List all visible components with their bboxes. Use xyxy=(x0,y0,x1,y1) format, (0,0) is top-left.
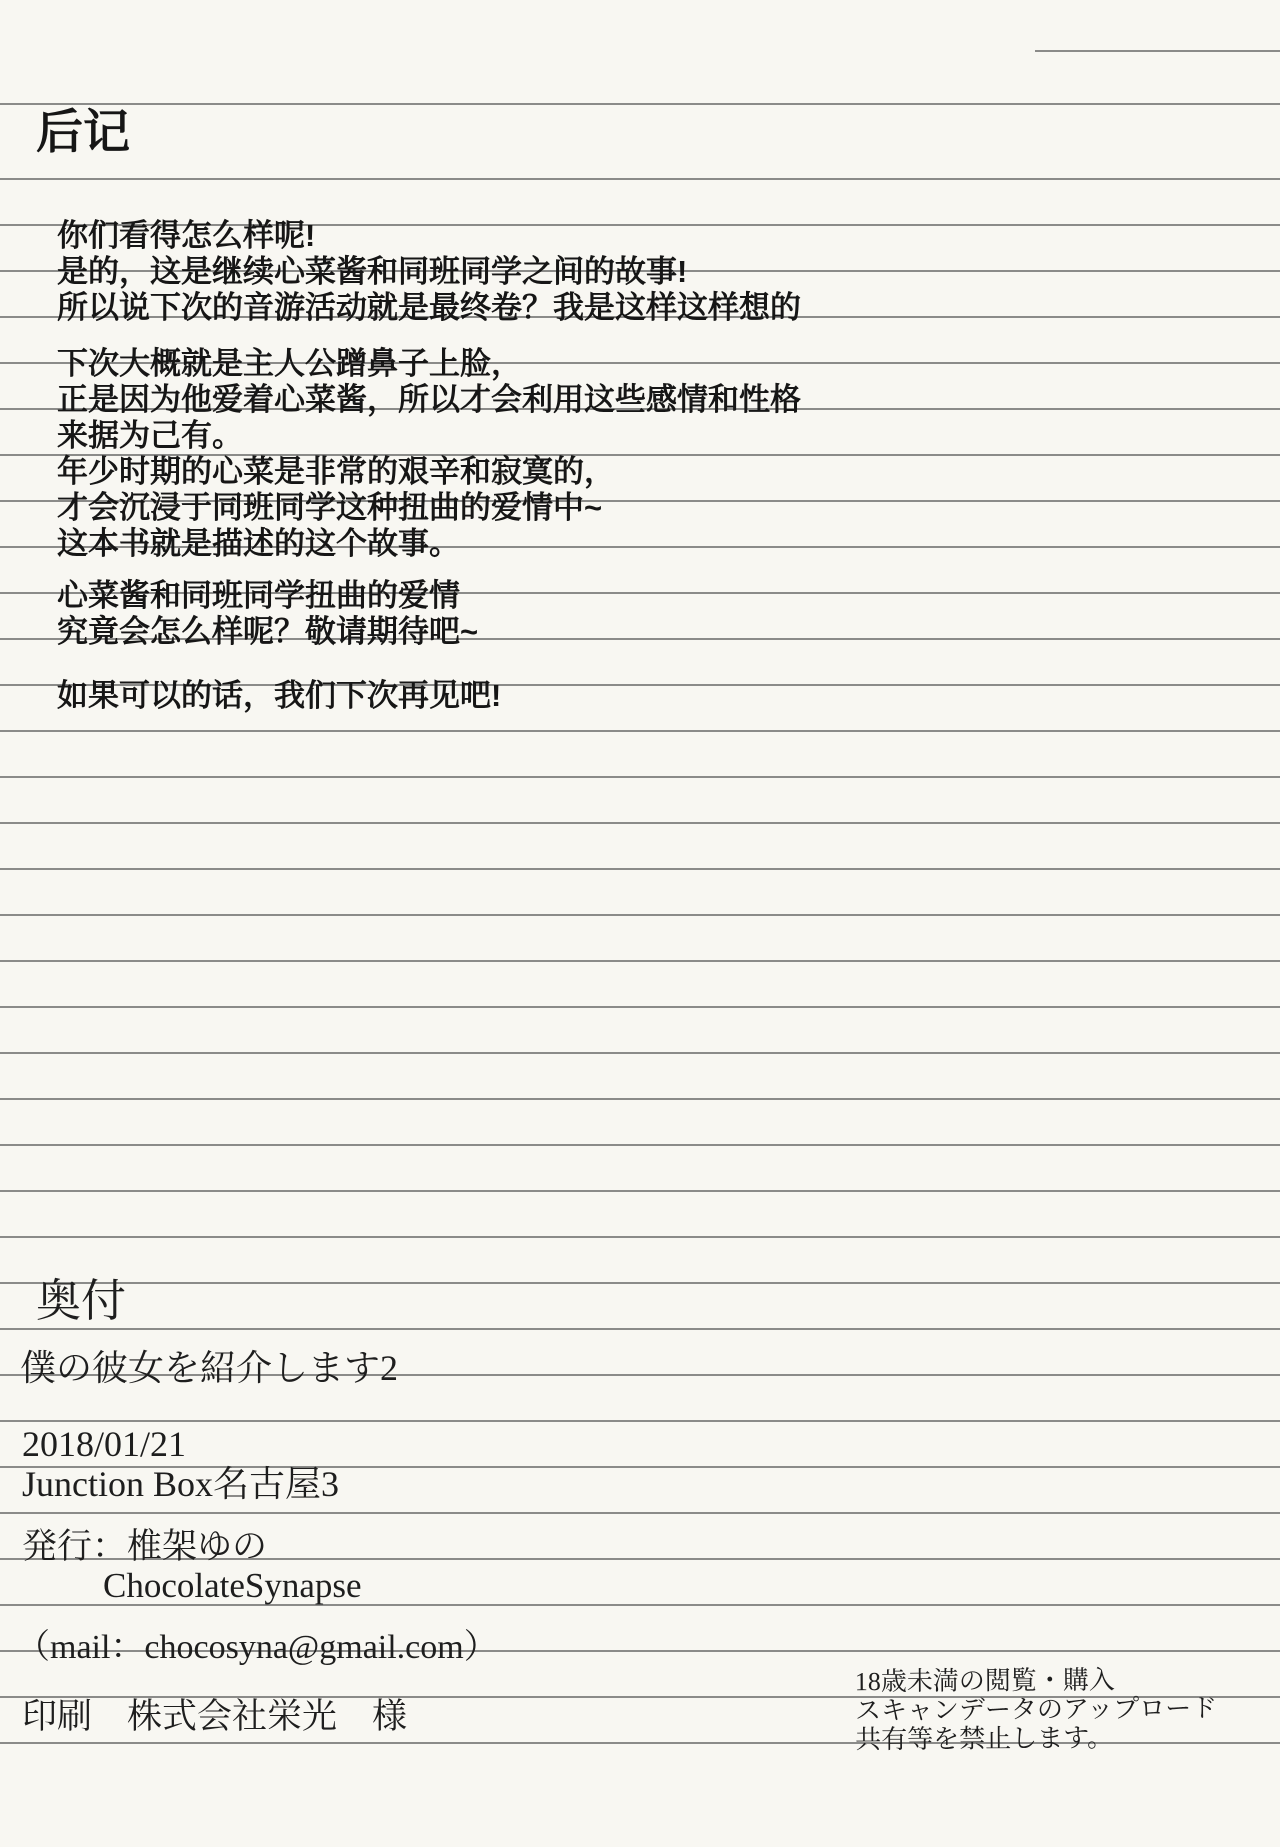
afterword-line: 这本书就是描述的这个故事。 xyxy=(57,526,801,562)
afterword-line: 所以说下次的音游活动就是最终卷？我是这样这样想的 xyxy=(57,290,801,326)
afterword-paragraph: 如果可以的话，我们下次再见吧! xyxy=(57,678,501,714)
afterword-line: 如果可以的话，我们下次再见吧! xyxy=(57,678,501,714)
scanned-afterword-page: 后记 你们看得怎么样呢! 是的，这是继续心菜酱和同班同学之间的故事! 所以说下次… xyxy=(0,0,1280,1847)
notice-line: 共有等を禁止します。 xyxy=(855,1723,1217,1755)
afterword-paragraph: 你们看得怎么样呢! 是的，这是继续心菜酱和同班同学之间的故事! 所以说下次的音游… xyxy=(57,218,801,326)
afterword-line: 是的，这是继续心菜酱和同班同学之间的故事! xyxy=(57,254,801,290)
afterword-line: 下次大概就是主人公蹭鼻子上脸， xyxy=(57,346,801,382)
notice-line: スキャンデータのアップロード xyxy=(855,1694,1217,1726)
afterword-line: 来据为己有。 xyxy=(57,418,801,454)
afterword-line: 究竟会怎么样呢？敬请期待吧~ xyxy=(57,614,478,650)
afterword-line: 心菜酱和同班同学扭曲的爱情 xyxy=(57,578,478,614)
afterword-line: 你们看得怎么样呢! xyxy=(57,218,801,254)
colophon-heading: 奥付 xyxy=(36,1276,126,1326)
colophon-book-title: 僕の彼女を紹介します2 xyxy=(20,1348,398,1388)
afterword-line: 正是因为他爱着心菜酱，所以才会利用这些感情和性格 xyxy=(57,382,801,418)
colophon-publisher: 発行：椎架ゆの xyxy=(22,1527,267,1567)
notice-line: 18歳未満の閲覧・購入 xyxy=(855,1665,1217,1697)
age-restriction-notice: 18歳未満の閲覧・購入 スキャンデータのアップロード 共有等を禁止します。 xyxy=(855,1665,1218,1755)
afterword-paragraph: 心菜酱和同班同学扭曲的爱情 究竟会怎么样呢？敬请期待吧~ xyxy=(57,578,478,650)
afterword-line: 年少时期的心菜是非常的艰辛和寂寞的， xyxy=(57,454,801,490)
afterword-paragraph: 下次大概就是主人公蹭鼻子上脸， 正是因为他爱着心菜酱，所以才会利用这些感情和性格… xyxy=(57,346,801,562)
afterword-title: 后记 xyxy=(36,106,130,158)
colophon-date: 2018/01/21 xyxy=(22,1424,186,1464)
afterword-line: 才会沉浸于同班同学这种扭曲的爱情中~ xyxy=(57,490,801,526)
colophon-event: Junction Box名古屋3 xyxy=(22,1464,339,1504)
ruled-line-top-partial xyxy=(1035,50,1280,52)
colophon-circle-name: ChocolateSynapse xyxy=(103,1566,362,1606)
ruled-line-header xyxy=(0,103,1280,105)
colophon-mail: （mail：chocosyna@gmail.com） xyxy=(16,1628,498,1668)
colophon-printer: 印刷 株式会社栄光 様 xyxy=(22,1697,407,1737)
